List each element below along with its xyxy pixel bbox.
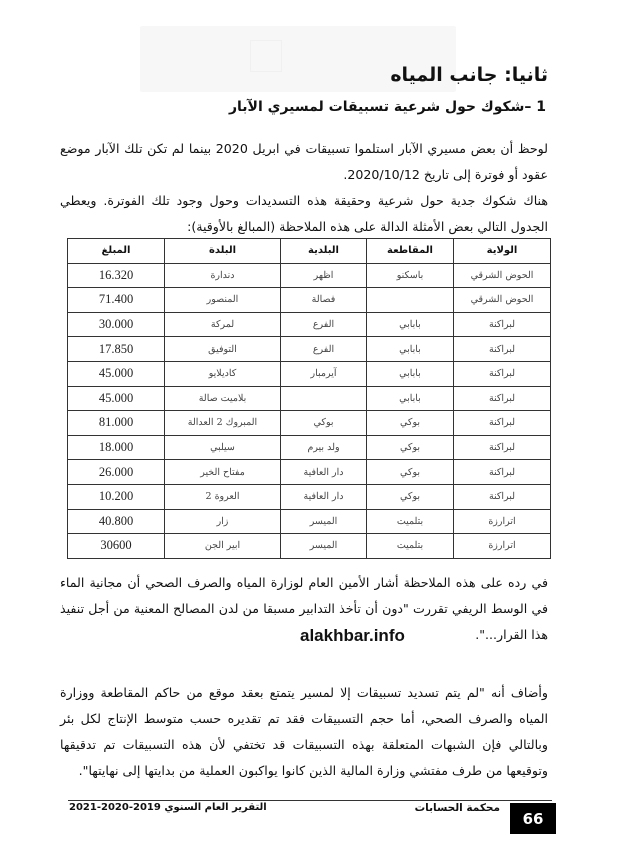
header-amount: المبلغ xyxy=(68,239,165,264)
cell-wilaya: الحوض الشرقي xyxy=(454,263,551,288)
cell-amount: 71.400 xyxy=(68,288,165,313)
table-row: الحوض الشرقي باسكنو اظهر دندارة 16.320 xyxy=(68,263,551,288)
cell-locality: كاديلايو xyxy=(165,361,281,386)
cell-amount: 45.000 xyxy=(68,386,165,411)
cell-commune: اظهر xyxy=(281,263,367,288)
table-row: لبراكنة بوكي دار العافية مفتاح الخير 26.… xyxy=(68,460,551,485)
cell-locality: ابير الجن xyxy=(165,534,281,559)
cell-locality: لمركة xyxy=(165,312,281,337)
header-locality: البلدة xyxy=(165,239,281,264)
cell-amount: 40.800 xyxy=(68,509,165,534)
table-row: لبراكنة بابابي آيرمبار كاديلايو 45.000 xyxy=(68,361,551,386)
cell-amount: 17.850 xyxy=(68,337,165,362)
cell-commune: دار العافية xyxy=(281,460,367,485)
paragraph-2: هناك شكوك جدية حول شرعية وحقيقة هذه التس… xyxy=(60,188,548,240)
cell-commune xyxy=(281,386,367,411)
cell-wilaya: لبراكنة xyxy=(454,386,551,411)
cell-moughataa: بوكي xyxy=(367,460,454,485)
cell-amount: 30600 xyxy=(68,534,165,559)
cell-wilaya: الحوض الشرقي xyxy=(454,288,551,313)
cell-locality: العروة 2 xyxy=(165,484,281,509)
advances-table: الولاية المقاطعة البلدية البلدة المبلغ ا… xyxy=(67,238,551,559)
page-number: 66 xyxy=(510,803,556,834)
cell-wilaya: اترارزة xyxy=(454,534,551,559)
cell-commune: الفرع xyxy=(281,337,367,362)
header-moughataa: المقاطعة xyxy=(367,239,454,264)
cell-wilaya: لبراكنة xyxy=(454,460,551,485)
cell-amount: 10.200 xyxy=(68,484,165,509)
cell-commune: الميسر xyxy=(281,534,367,559)
cell-amount: 30.000 xyxy=(68,312,165,337)
header-wilaya: الولاية xyxy=(454,239,551,264)
cell-moughataa: بابابي xyxy=(367,361,454,386)
section-heading: ثانيا: جانب المياه xyxy=(390,64,548,86)
paragraph-1: لوحظ أن بعض مسيري الآبار استلموا تسبيقات… xyxy=(60,136,548,188)
cell-wilaya: اترارزة xyxy=(454,509,551,534)
cell-moughataa: بتلميت xyxy=(367,509,454,534)
cell-wilaya: لبراكنة xyxy=(454,361,551,386)
cell-commune: آيرمبار xyxy=(281,361,367,386)
table-row: لبراكنة بابابي بلاميت صالة 45.000 xyxy=(68,386,551,411)
table-row: الحوض الشرقي فصالة المنصور 71.400 xyxy=(68,288,551,313)
table-row: لبراكنة بوكي بوكي المبروك 2 العدالة 81.0… xyxy=(68,411,551,436)
subsection-heading: 1 –شكوك حول شرعية تسبيقات لمسيري الآبار xyxy=(229,99,546,115)
table-row: لبراكنة بوكي دار العافية العروة 2 10.200 xyxy=(68,484,551,509)
paragraph-4: وأضاف أنه "لم يتم تسديد تسبيقات إلا لمسي… xyxy=(60,680,548,784)
cell-commune: ولد بيرم xyxy=(281,435,367,460)
footer-report-title: التقرير العام السنوي 2019-2020-2021 xyxy=(69,802,267,813)
footer-divider xyxy=(68,800,552,801)
table-row: لبراكنة بابابي الفرع لمركة 30.000 xyxy=(68,312,551,337)
cell-moughataa: بتلميت xyxy=(367,534,454,559)
cell-wilaya: لبراكنة xyxy=(454,337,551,362)
table-row: اترارزة بتلميت الميسر ابير الجن 30600 xyxy=(68,534,551,559)
cell-locality: التوفيق xyxy=(165,337,281,362)
cell-amount: 26.000 xyxy=(68,460,165,485)
cell-commune: الفرع xyxy=(281,312,367,337)
footer-institution: محكمة الحسابات xyxy=(415,802,500,814)
cell-wilaya: لبراكنة xyxy=(454,411,551,436)
cell-commune: بوكي xyxy=(281,411,367,436)
cell-moughataa: بوكي xyxy=(367,435,454,460)
cell-wilaya: لبراكنة xyxy=(454,312,551,337)
cell-locality: بلاميت صالة xyxy=(165,386,281,411)
cell-moughataa: بابابي xyxy=(367,386,454,411)
cell-moughataa xyxy=(367,288,454,313)
cell-wilaya: لبراكنة xyxy=(454,435,551,460)
cell-amount: 16.320 xyxy=(68,263,165,288)
cell-locality: سيلبي xyxy=(165,435,281,460)
cell-moughataa: بابابي xyxy=(367,312,454,337)
table-row: اترارزة بتلميت الميسر زار 40.800 xyxy=(68,509,551,534)
cell-wilaya: لبراكنة xyxy=(454,484,551,509)
cell-moughataa: بابابي xyxy=(367,337,454,362)
faded-watermark-logo xyxy=(250,40,282,72)
cell-moughataa: بوكي xyxy=(367,411,454,436)
cell-locality: المبروك 2 العدالة xyxy=(165,411,281,436)
cell-amount: 81.000 xyxy=(68,411,165,436)
table-row: لبراكنة بوكي ولد بيرم سيلبي 18.000 xyxy=(68,435,551,460)
cell-moughataa: بوكي xyxy=(367,484,454,509)
cell-locality: زار xyxy=(165,509,281,534)
cell-commune: الميسر xyxy=(281,509,367,534)
table-row: لبراكنة بابابي الفرع التوفيق 17.850 xyxy=(68,337,551,362)
site-watermark: alakhbar.info xyxy=(300,626,405,646)
cell-commune: فصالة xyxy=(281,288,367,313)
cell-commune: دار العافية xyxy=(281,484,367,509)
cell-amount: 45.000 xyxy=(68,361,165,386)
cell-amount: 18.000 xyxy=(68,435,165,460)
table-header-row: الولاية المقاطعة البلدية البلدة المبلغ xyxy=(68,239,551,264)
cell-locality: دندارة xyxy=(165,263,281,288)
cell-moughataa: باسكنو xyxy=(367,263,454,288)
header-commune: البلدية xyxy=(281,239,367,264)
cell-locality: مفتاح الخير xyxy=(165,460,281,485)
cell-locality: المنصور xyxy=(165,288,281,313)
